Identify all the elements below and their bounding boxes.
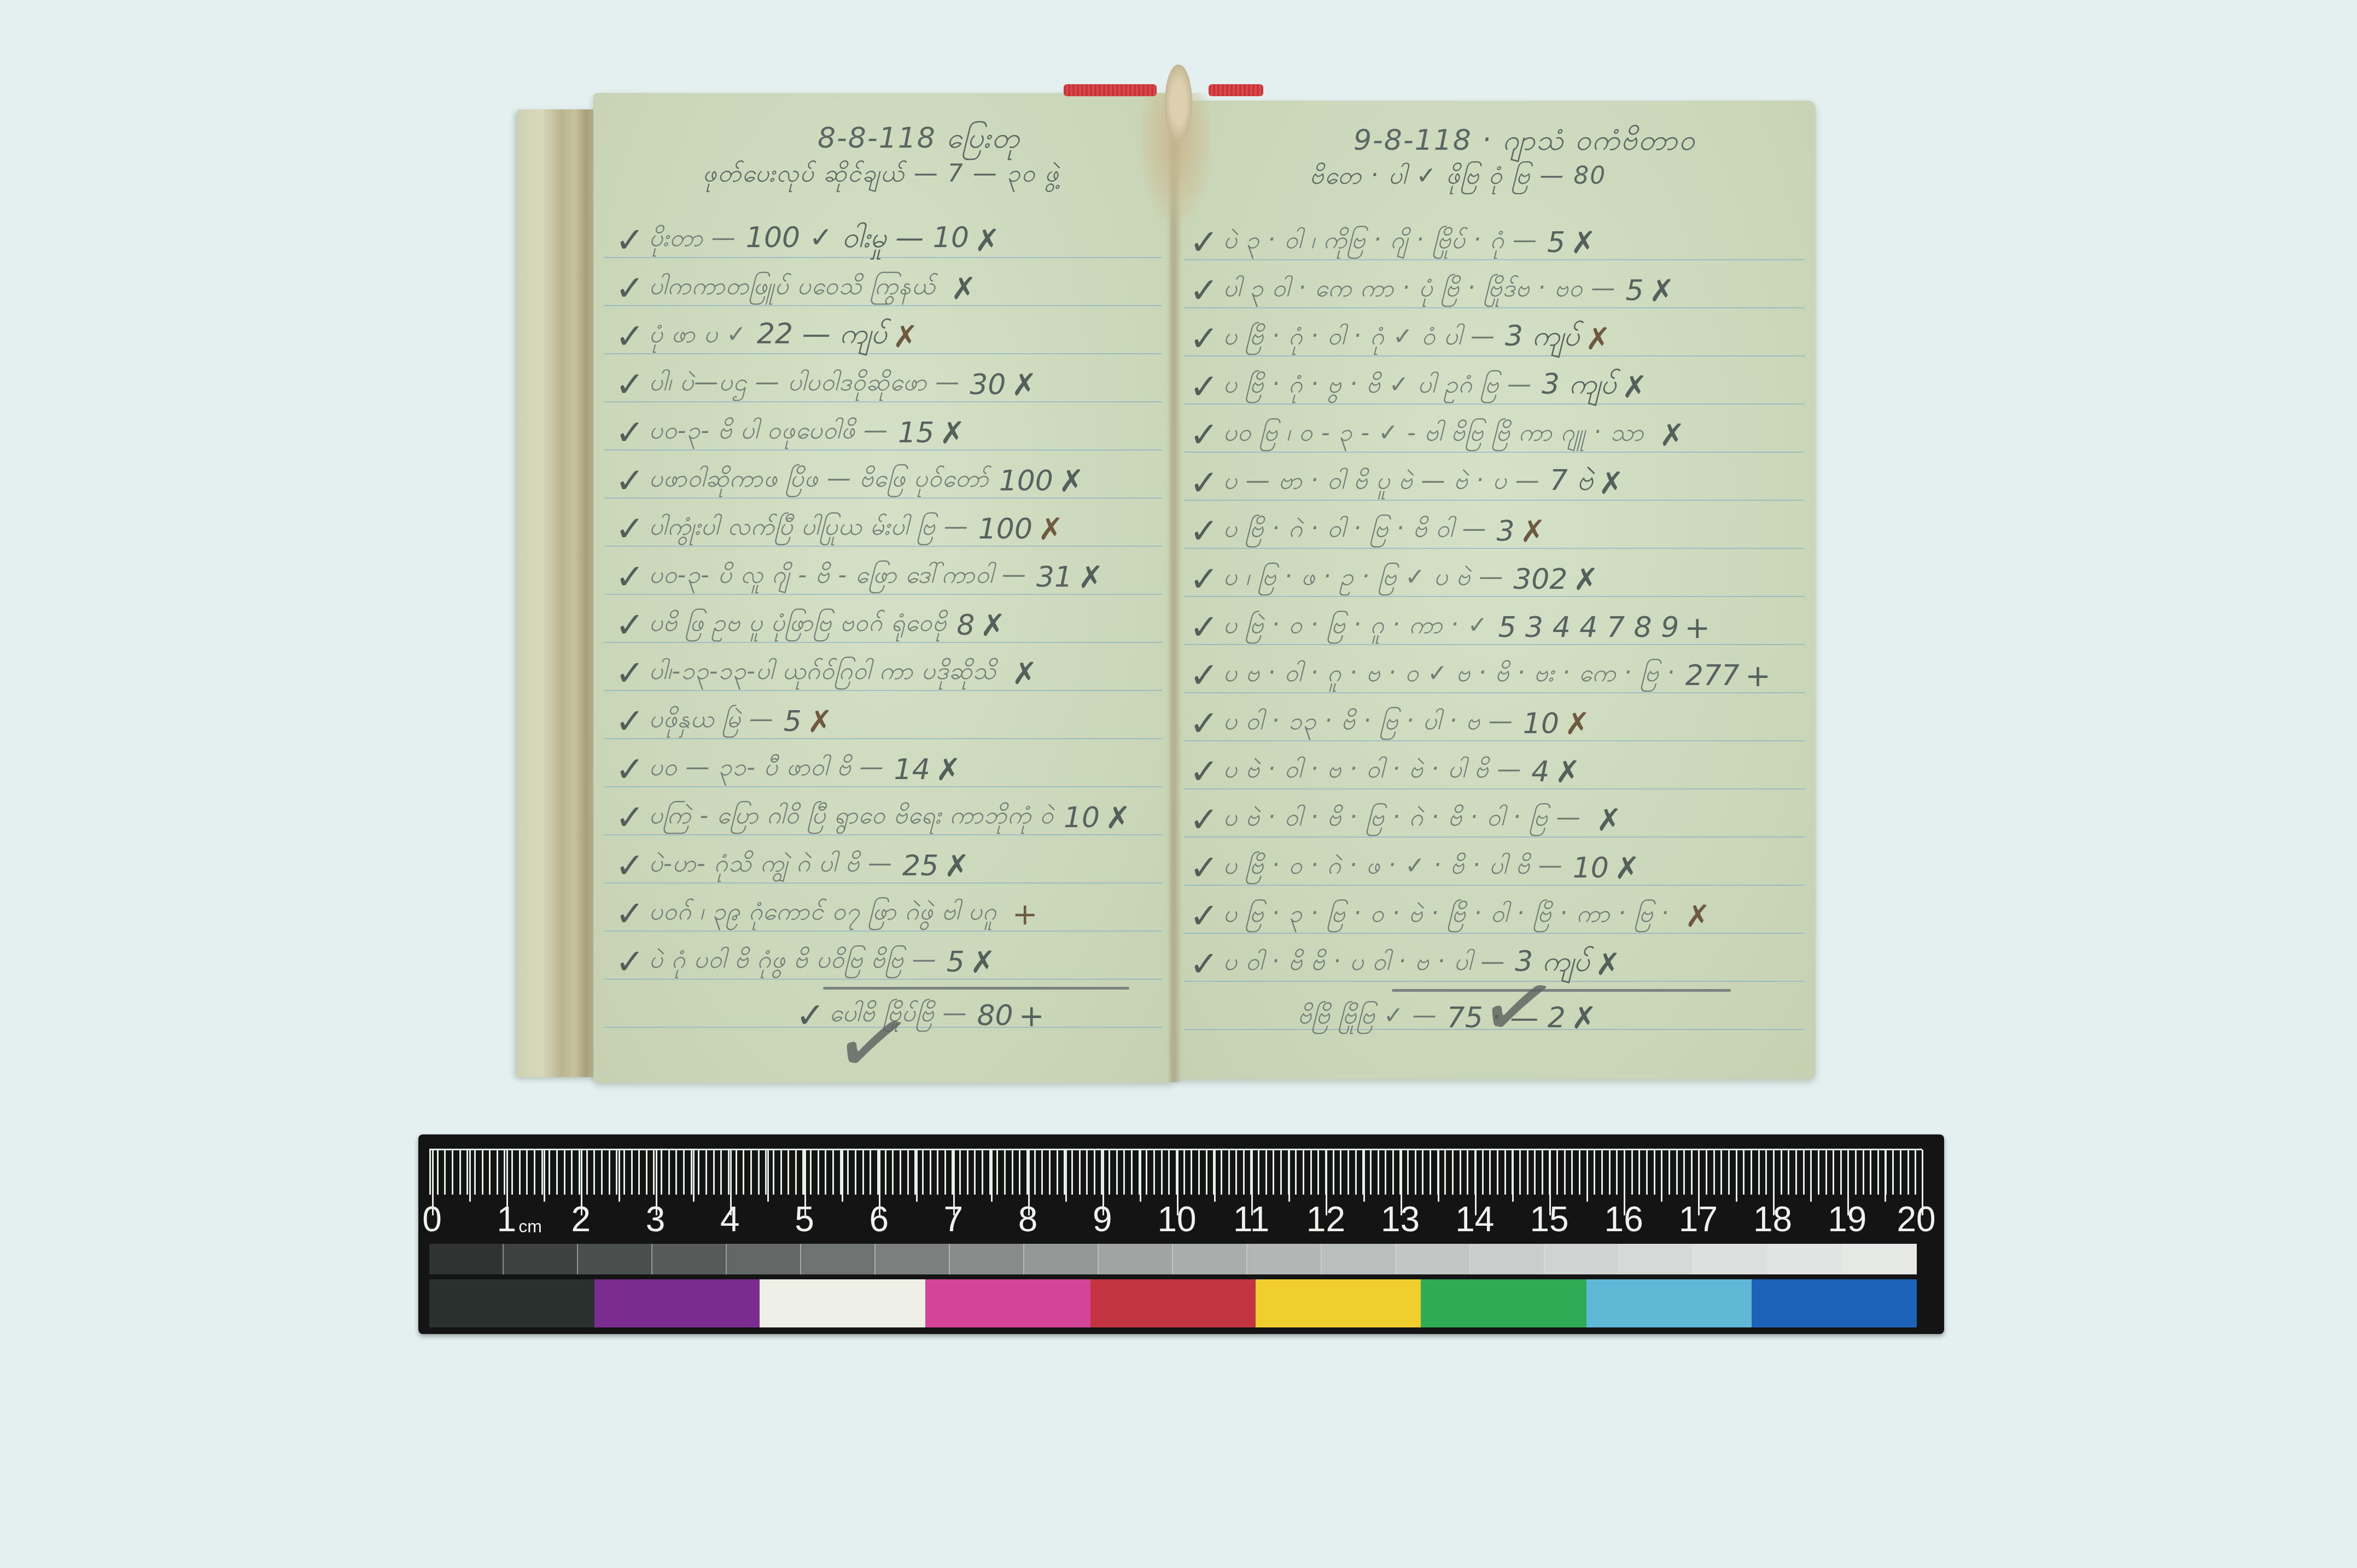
check-mark-icon: ✓ [615,413,645,453]
ruler-number: 14 [1455,1199,1494,1239]
color-patch [925,1279,1090,1327]
right-ledger-entry: ✓ပ ဗြ ‧ ၃ ‧ ဗြ ‧ ဝ ‧ ဗဲ ‧ ဗြိ ‧ ဝါ ‧ ဗြိ… [1189,897,1711,935]
ruler-half-cm-tick [1438,1150,1439,1202]
entry-text: ပ၀-၃- ဗိ ပါ ၀ဖုပေဝါဖိ — [649,416,888,450]
binding-knot [1165,65,1192,141]
ruler-half-cm-tick [1214,1150,1216,1202]
right-ledger-entry: ✓ပဲ ၃ ‧ ဝါ ၊ ကိုဗြ ‧ ဂျိ ‧ ဗြိုပ် ‧ ဂုံ … [1189,224,1596,262]
ruler-number: 8 [1018,1199,1038,1239]
entry-amount: 14 [894,753,930,786]
ruler-number: 17 [1679,1199,1718,1239]
check-mark-icon: ✓ [615,605,645,646]
check-mark-icon: ✓ [1189,896,1219,937]
check-mark-icon: ✓ [615,317,645,357]
right-ledger-entry: ✓ပ၀ ဗြ ၊ ၀ - ၃ - ✓ - ဗါ ဗိဗြ ဗြိ ကာ ဂျူ … [1189,416,1685,454]
grayscale-step [1545,1244,1619,1274]
entry-amount: 4 [1531,756,1549,788]
left-ledger-entry: ✓ပါ၊-၁၃-၁၃-ပါ ယုဂ်ဝ်ဂြဝါ ကာ ပဒိုဆိုသိ✗ [615,654,1037,693]
check-mark-icon: ✓ [615,557,645,598]
ruler-number: 3 [646,1199,666,1239]
cross-mark-icon: ✗ [1078,560,1104,595]
entry-amount: 5 [784,705,802,738]
entry-text: ပ — ဗာ ‧ ဝါ ဗိ ပူ ဗဲ — ဗဲ ‧ ပ — [1223,466,1540,501]
entry-amount: 15 [898,417,934,449]
ruler-half-cm-tick [1810,1150,1812,1202]
grayscale-step [1247,1244,1322,1274]
cross-mark-icon: ✗ [936,752,961,788]
cross-mark-icon: ✗ [1038,512,1064,547]
entry-amount: 22 — ကျပ် [757,316,887,358]
red-binding-thread-right [1209,84,1263,96]
entry-amount: 100 ✓ ဝါးမှု — 10 [746,220,969,261]
ruler-half-cm-tick [1661,1150,1662,1202]
check-mark-icon: ✓ [615,701,645,742]
left-ledger-entry: ✓ပ၀-၃- ဗိ ပါ ၀ဖုပေဝါဖိ —15✗ [615,414,965,452]
ruler-half-cm-tick [767,1150,769,1202]
left-ledger-entry: ✓ပဗိ ဖြ ဥဗ ပူ ပုံဖြာဗြ ဗဝဂ် ရုံဝေဗို8✗ [615,606,1006,645]
grayscale-step [1099,1244,1173,1274]
cross-mark-icon: ✗ [1685,899,1711,934]
entry-amount: 10 [1064,801,1100,834]
grayscale-step [1694,1244,1768,1274]
check-mark-icon: ✓ [615,509,645,549]
total-amount: 80 [977,999,1013,1032]
ruler-half-cm-tick [1885,1150,1886,1202]
cross-mark-icon: ✗ [1555,754,1580,790]
entry-amount: 100 [999,465,1053,498]
check-mark-icon: ✓ [1189,367,1219,407]
ruler-number: 0 [422,1199,442,1239]
check-mark-icon: ✓ [1189,704,1219,744]
ruler-number: 16 [1605,1199,1643,1239]
entry-amount: 3 ကျပ် [1542,366,1617,408]
cross-mark-icon: ✗ [1596,803,1622,838]
entry-text: ပ ဗဲ ‧ ဝါ ‧ ဗ ‧ ဝါ ‧ ဗဲ ‧ ပါ ဗိ — [1223,754,1522,789]
ruler-half-cm-tick [1586,1150,1588,1202]
check-mark-icon: ✓ [1189,559,1219,600]
ruler-half-cm-tick [469,1150,471,1202]
right-ledger-entry: ✓ပ ဗြိ ‧ ဝ ‧ ဂဲ ‧ ဖ ‧ ✓ ‧ ဗိ ‧ ပါ ဗိ —10… [1189,849,1640,887]
ruler-number: 20 [1897,1199,1935,1239]
page-stack-edge [517,109,599,1077]
right-ledger-entry: ✓ပ ဗဲ ‧ ဝါ ‧ ဗိ ‧ ဗြ ‧ ဂဲ ‧ ဗိ ‧ ဝါ ‧ ဗြ… [1189,801,1622,839]
cross-mark-icon: ✗ [807,704,833,740]
right-ledger-entry: ✓ပ ၊ ဗြ ‧ ဖ ‧ ဥ ‧ ဗြ ✓ ပ ဗဲ —302✗ [1189,560,1598,599]
check-mark-icon: ✓ [1189,944,1219,985]
entry-text: ပဗိ ဖြ ဥဗ ပူ ပုံဖြာဗြ ဗဝဂ် ရုံဝေဗို [649,608,947,643]
color-patch [1586,1279,1752,1327]
entry-text: ပ ဗြိ ‧ ဝ ‧ ဂဲ ‧ ဖ ‧ ✓ ‧ ဗိ ‧ ပါ ဗိ — [1223,851,1563,886]
ruler-number: 7 [944,1199,964,1239]
entry-text: ပ ၊ ဗြ ‧ ဖ ‧ ဥ ‧ ဗြ ✓ ပ ဗဲ — [1223,562,1504,597]
color-patch [1421,1279,1586,1327]
right-ledger-entry: ✓ပ ဗြိ ‧ ဂုံ ‧ ဝါ ‧ ဂုံ ✓ ဝံ ပါ —3 ကျပ်✗ [1189,320,1611,358]
ruler-half-cm-tick [916,1150,918,1202]
right-ledger-entry: ✓ပ ဗြိ ‧ ဂုံ ‧ ဗွ ‧ ဗိ ✓ ပါ ဥဂံ ဗြ —3 ကျ… [1189,368,1648,406]
entry-text: ပ ဗြဲ ‧ ၀ ‧ ဗြ ‧ ဂူ ‧ ကာ ‧ ✓ [1223,610,1489,645]
right-ledger-entry: ✓ပ — ဗာ ‧ ဝါ ဗိ ပူ ဗဲ — ဗဲ ‧ ပ — 7 ဗဲ✗ [1189,464,1624,502]
entry-text: ပါ၊-၁၃-၁၃-ပါ ယုဂ်ဝ်ဂြဝါ ကာ ပဒိုဆိုသိ [649,656,997,691]
entry-amount: 7 ဗဲ [1550,463,1593,504]
grayscale-step [1619,1244,1694,1274]
check-mark-icon: ✓ [615,846,645,886]
color-patch-strip [429,1279,1917,1327]
ruler-number: 19 [1828,1199,1866,1239]
ruler-number: 11 [1233,1199,1269,1239]
cross-mark-icon: ✗ [980,608,1006,643]
entry-text: ပ၀ ဗြ ၊ ၀ - ၃ - ✓ - ဗါ ဗိဗြ ဗြိ ကာ ဂျူ ‧… [1223,418,1644,453]
grayscale-step [1322,1244,1396,1274]
grayscale-step [727,1244,801,1274]
total-text: ဗိဗြိ ဗြိုဗြ ✓ — [1298,1001,1437,1035]
grayscale-strip [429,1244,1917,1274]
right-ledger-entry: ✓ပါ ၃ ၀ါ ‧ ကေ ကာ ‧ ပုံ ဗြိ ‧ ဗြိုဒ်ဗ ‧ ဗ… [1189,272,1675,310]
entry-amount: 5 [1625,274,1643,307]
left-ledger-entry: ✓ပါကကာဝာဖြူပ် ပဝေသိ ကြွနယ်✗ [615,270,977,308]
ruler-half-cm-tick [693,1150,695,1202]
entry-text: ပဖာဝါဆိုကာဖ ပြိဖ — ဗိဖြေ ပုဝ်တော် [649,464,989,499]
cross-mark-icon: ✗ [970,945,996,980]
cross-mark-icon: ✗ [1571,1001,1597,1036]
cross-mark-icon: ✗ [1649,273,1675,309]
ruler-number: 4 [720,1199,740,1239]
color-patch [760,1279,925,1327]
grayscale-step [652,1244,727,1274]
cross-mark-icon: ✗ [1565,706,1590,742]
color-patch [429,1279,594,1327]
grayscale-step [578,1244,652,1274]
left-ledger-entry: ✓ပုံ ဖာ ပ ✓22 — ကျပ်✗ [615,318,918,356]
check-mark-icon: ✓ [1189,800,1219,840]
left-ledger-entry: ✓ပဲ-ဟ- ဂုံသိ ကျွဲ ဂဲ ပါ ဗိ —25✗ [615,847,970,885]
entry-text: ပ ဗြိ ‧ ဂဲ ‧ ဝါ ‧ ဗြ ‧ ဗိ ဝါ — [1223,514,1487,549]
ruler-half-cm-tick [1288,1150,1290,1202]
entry-text: ပ ဗြ ‧ ၃ ‧ ဗြ ‧ ဝ ‧ ဗဲ ‧ ဗြိ ‧ ဝါ ‧ ဗြိ … [1223,899,1670,934]
left-page: 8-8-118 ပြေးတု ဖုတ်ပေးလုပ် ဆိုင်ချယ် — 7… [593,93,1173,1083]
ruler-number: 15 [1530,1199,1568,1239]
ruler-half-cm-tick [991,1150,993,1202]
grayscale-step [1173,1244,1247,1274]
ruler-unit-label: cm [518,1216,542,1237]
check-mark-icon: ✓ [796,996,825,1036]
cross-mark-icon: ✗ [892,319,918,355]
left-ledger-entry: ✓ပဖာဝါဆိုကာဖ ပြိဖ — ဗိဖြေ ပုဝ်တော်100✗ [615,462,1084,500]
entry-amount: 5 [947,946,965,979]
check-mark-icon: ✓ [1189,752,1219,792]
entry-text: ပဲ-ဟ- ဂုံသိ ကျွဲ ဂဲ ပါ ဗိ — [649,849,892,884]
spine-gutter [1168,93,1182,1083]
left-ledger-entry: ✓ပဲ ဂုံ ပဝါ ဗိ ဂုံဖွ ဗိ ပဝိဗြ ဗိဗြ —5✗ [615,943,996,981]
ruler-number: 1 [497,1199,516,1239]
cross-mark-icon: ✗ [1059,464,1084,499]
ruler-number: 10 [1157,1199,1196,1239]
ruler-half-cm-tick [1065,1150,1067,1202]
red-binding-thread-left [1064,84,1157,96]
left-ledger-entry: ✓ပါ၊ ပဲ—ပဌ — ပါပဝါဒဝိုဆိုဖော —30✗ [615,366,1037,404]
cross-mark-icon: ✗ [1622,370,1648,405]
ruler-half-cm-tick [544,1150,545,1202]
right-ledger-entry: ✓ပ ဗ ‧ ဝါ ‧ ဂူ ‧ ဗ ‧ ဝ ✓ ဗ ‧ ဗိ ‧ ဗး ‧ က… [1189,657,1771,695]
ruler-number: 2 [571,1199,591,1239]
cross-mark-icon: ✗ [975,223,1000,259]
entry-text: ပဲ ဂုံ ပဝါ ဗိ ဂုံဖွ ဗိ ပဝိဗြ ဗိဗြ — [649,945,937,980]
entry-text: ပ ဝါ ‧ ဗိ ဗိ ‧ ပ ဝါ ‧ ဗ ‧ ပါ — [1223,947,1506,982]
left-ledger-entry: ✓ပဝဂ် ၊ ၃၉ ဂုံကောင် ၀၇ ဖြာ ဂဲဖွဲ ဗါ ပဂူ+ [615,895,1038,933]
cross-mark-icon: ✗ [1011,367,1037,403]
ruler-number: 9 [1093,1199,1112,1239]
ruler-half-cm-tick [842,1150,843,1202]
right-ledger-entry: ✓ပ ဗြိ ‧ ဂဲ ‧ ဝါ ‧ ဗြ ‧ ဗိ ဝါ —3✗ [1189,512,1545,551]
entry-amount: 5 [1547,226,1565,259]
grayscale-step [801,1244,876,1274]
cross-mark-icon: ✗ [1595,947,1621,982]
check-mark-icon: ✓ [615,798,645,838]
plus-mark-icon: + [1684,610,1710,646]
entry-amount: 277 [1685,659,1740,692]
entry-amount: 100 [978,513,1032,546]
right-ledger-entry: ✓ပ ဗဲ ‧ ဝါ ‧ ဗ ‧ ဝါ ‧ ဗဲ ‧ ပါ ဗိ —4✗ [1189,753,1580,791]
entry-text: ပါကွုံးပါ လက်ပြီ ပါပြုယ မ်းပါ ဗြ — [649,512,969,547]
ruler-half-cm-tick [1363,1150,1365,1202]
ruler-number: 12 [1306,1199,1345,1239]
cross-mark-icon: ✗ [1598,466,1624,501]
ruler-half-cm-tick [619,1150,620,1202]
grayscale-step [1471,1244,1545,1274]
left-ledger-entry: ✓ပ၀ — ၃၁- ပီ ဖာဝါ ဗိ —14✗ [615,751,961,789]
grayscale-step [1842,1244,1917,1274]
entry-text: ပါ ၃ ၀ါ ‧ ကေ ကာ ‧ ပုံ ဗြိ ‧ ဗြိုဒ်ဗ ‧ ဗဝ… [1223,273,1616,308]
scan-scene: 8-8-118 ပြေးတု ဖုတ်ပေးလုပ် ဆိုင်ချယ် — 7… [0,0,2357,1568]
entry-amount: 302 [1513,563,1567,596]
right-page: 9-8-118 ‧ ဂျာသံ ဝကံဗိတာ၀ ဗိတေ ‧ ပါ ✓ ဖို… [1173,101,1816,1079]
cross-mark-icon: ✗ [1012,656,1037,692]
check-mark-icon: ✓ [615,894,645,934]
check-mark-icon: ✓ [1189,607,1219,648]
color-patch [1752,1279,1917,1327]
entry-text: ပ ဗြိ ‧ ဂုံ ‧ ဗွ ‧ ဗိ ✓ ပါ ဥဂံ ဗြ — [1223,370,1532,405]
cross-mark-icon: ✗ [1585,321,1611,357]
cross-mark-icon: ✗ [1614,851,1640,886]
check-mark-icon: ✓ [1189,415,1219,455]
color-patch [1090,1279,1256,1327]
entry-text: ပကြဲ - ပြော ဂါဝိ ပြီ ရွာဝေ ဗိရေး ကာဘိုကု… [649,800,1054,835]
entry-text: ပါ၊ ပဲ—ပဌ — ပါပဝါဒဝိုဆိုဖော — [649,367,960,402]
left-ledger-entry: ✓ပကြဲ - ပြော ဂါဝိ ပြီ ရွာဝေ ဗိရေး ကာဘိုက… [615,799,1131,837]
check-mark-icon: ✓ [615,268,645,309]
entry-amount: 3 [1496,515,1514,548]
ruler-number: 5 [795,1199,814,1239]
ruler-half-cm-tick [1736,1150,1737,1202]
entry-amount: 30 [970,368,1006,401]
grayscale-step [1768,1244,1842,1274]
scale-ruler-color-chart: 01234567891011121314151617181920cm [418,1134,1944,1334]
right-page-title: ဗိတေ ‧ ပါ ✓ ဖိုဗြ ဝုံ ဗြ — 80 [1310,161,1606,196]
entry-amount: 31 [1036,561,1072,594]
entry-text: ပ ဗဲ ‧ ဝါ ‧ ဗိ ‧ ဗြ ‧ ဂဲ ‧ ဗိ ‧ ဝါ ‧ ဗြ … [1223,803,1581,838]
left-ledger-entry: ✓ပဖိုနှယ မြဲ —5✗ [615,703,833,741]
right-page-date: 9-8-118 ‧ ဂျာသံ ဝကံဗိတာ၀ [1353,122,1696,164]
color-patch [1256,1279,1421,1327]
check-mark-icon: ✓ [615,653,645,694]
entry-text: ပါကကာဝာဖြူပ် ပဝေသိ ကြွနယ် [649,271,936,306]
ruler-number: 18 [1753,1199,1792,1239]
entry-text: ပဖိုနှယ မြဲ — [649,704,774,739]
cross-mark-icon: ✗ [1520,514,1546,549]
grayscale-step [429,1244,504,1274]
check-mark-icon: ✓ [615,220,645,261]
left-ledger-entry: ✓ပ၀-၃- ပိ လူ ဂျိ - ဗိ - ဖြော ဒေါ်ကာဝါ —3… [615,558,1104,596]
cross-mark-icon: ✗ [951,271,977,307]
left-ledger-entry: ✓ပိုးတာ — 100 ✓ ဝါးမှု — 10✗ [615,221,1000,260]
entry-text: ပ ဝါ ‧ ၁၃ ‧ ဗိ ‧ ဗြ ‧ ပါ ‧ ဗ — [1223,706,1513,741]
ruler-number: 6 [869,1199,889,1239]
color-patch [594,1279,760,1327]
check-mark-icon: ✓ [1189,463,1219,504]
entry-text: ပဲ ၃ ‧ ဝါ ၊ ကိုဗြ ‧ ဂျိ ‧ ဗြိုပ် ‧ ဂုံ — [1223,225,1537,260]
check-mark-icon: ✓ [615,461,645,501]
grayscale-step [876,1244,950,1274]
right-ledger-entry: ✓ပ ဝါ ‧ ၁၃ ‧ ဗိ ‧ ဗြ ‧ ပါ ‧ ဗ —10✗ [1189,705,1590,743]
check-mark-icon: ✓ [1189,511,1219,552]
check-mark-icon: ✓ [1189,223,1219,263]
left-page-date: 8-8-118 ပြေးတု [818,120,1020,162]
check-mark-icon: ✓ [615,750,645,790]
cross-mark-icon: ✗ [1573,562,1598,598]
entry-amount: 8 [956,609,975,642]
plus-mark-icon: + [1012,897,1038,932]
entry-amount: 25 [902,850,938,882]
cross-mark-icon: ✗ [940,416,965,451]
grayscale-step [950,1244,1024,1274]
check-mark-icon: ✓ [1189,271,1219,311]
entry-amount: 5 3 4 4 7 8 9 [1498,611,1679,644]
check-mark-icon: ✓ [1189,319,1219,359]
entry-text: ပဝဂ် ၊ ၃၉ ဂုံကောင် ၀၇ ဖြာ ဂဲဖွဲ ဗါ ပဂူ [649,897,997,932]
entry-text: ပ၀ — ၃၁- ပီ ဖာဝါ ဗိ — [649,752,884,787]
cross-mark-icon: ✗ [1105,800,1131,836]
cross-mark-icon: ✗ [944,849,970,884]
entry-amount: 10 [1523,707,1559,740]
entry-text: ပ၀-၃- ပိ လူ ဂျိ - ဗိ - ဖြော ဒေါ်ကာဝါ — [649,560,1026,595]
ruler-number: 13 [1381,1199,1420,1239]
cross-mark-icon: + [1019,998,1045,1034]
right-ledger-entry: ✓ပ ဗြဲ ‧ ၀ ‧ ဗြ ‧ ဂူ ‧ ကာ ‧ ✓5 3 4 4 7 8… [1189,609,1710,647]
grayscale-step [1396,1244,1471,1274]
ruler-half-cm-tick [1512,1150,1514,1202]
ruler-half-cm-tick [1140,1150,1141,1202]
grayscale-step [504,1244,578,1274]
entry-text: ပိုးတာ — [649,223,736,258]
entry-text: ပ ဗြိ ‧ ဂုံ ‧ ဝါ ‧ ဂုံ ✓ ဝံ ပါ — [1223,321,1495,356]
check-mark-icon: ✓ [615,942,645,982]
entry-amount: 10 [1573,852,1609,885]
entry-amount: 3 ကျပ် [1505,318,1580,360]
left-page-title: ဖုတ်ပေးလုပ် ဆိုင်ချယ် — 7 — ၃၀ ဖွဲ့ [703,159,1059,194]
grayscale-step [1024,1244,1099,1274]
check-mark-icon: ✓ [1189,848,1219,888]
cross-mark-icon: ✗ [1659,418,1685,453]
notebook: 8-8-118 ပြေးတု ဖုတ်ပေးလုပ် ဆိုင်ချယ် — 7… [517,93,1824,1088]
check-mark-icon: ✓ [1189,656,1219,696]
check-mark-icon: ✓ [615,365,645,405]
plus-mark-icon: + [1745,658,1771,694]
left-ledger-entry: ✓ပါကွုံးပါ လက်ပြီ ပါပြုယ မ်းပါ ဗြ —100✗ [615,510,1064,548]
cross-mark-icon: ✗ [1571,225,1596,261]
entry-text: ပုံ ဖာ ပ ✓ [649,319,747,354]
entry-text: ပ ဗ ‧ ဝါ ‧ ဂူ ‧ ဗ ‧ ဝ ✓ ဗ ‧ ဗိ ‧ ဗး ‧ ကေ… [1223,658,1676,693]
